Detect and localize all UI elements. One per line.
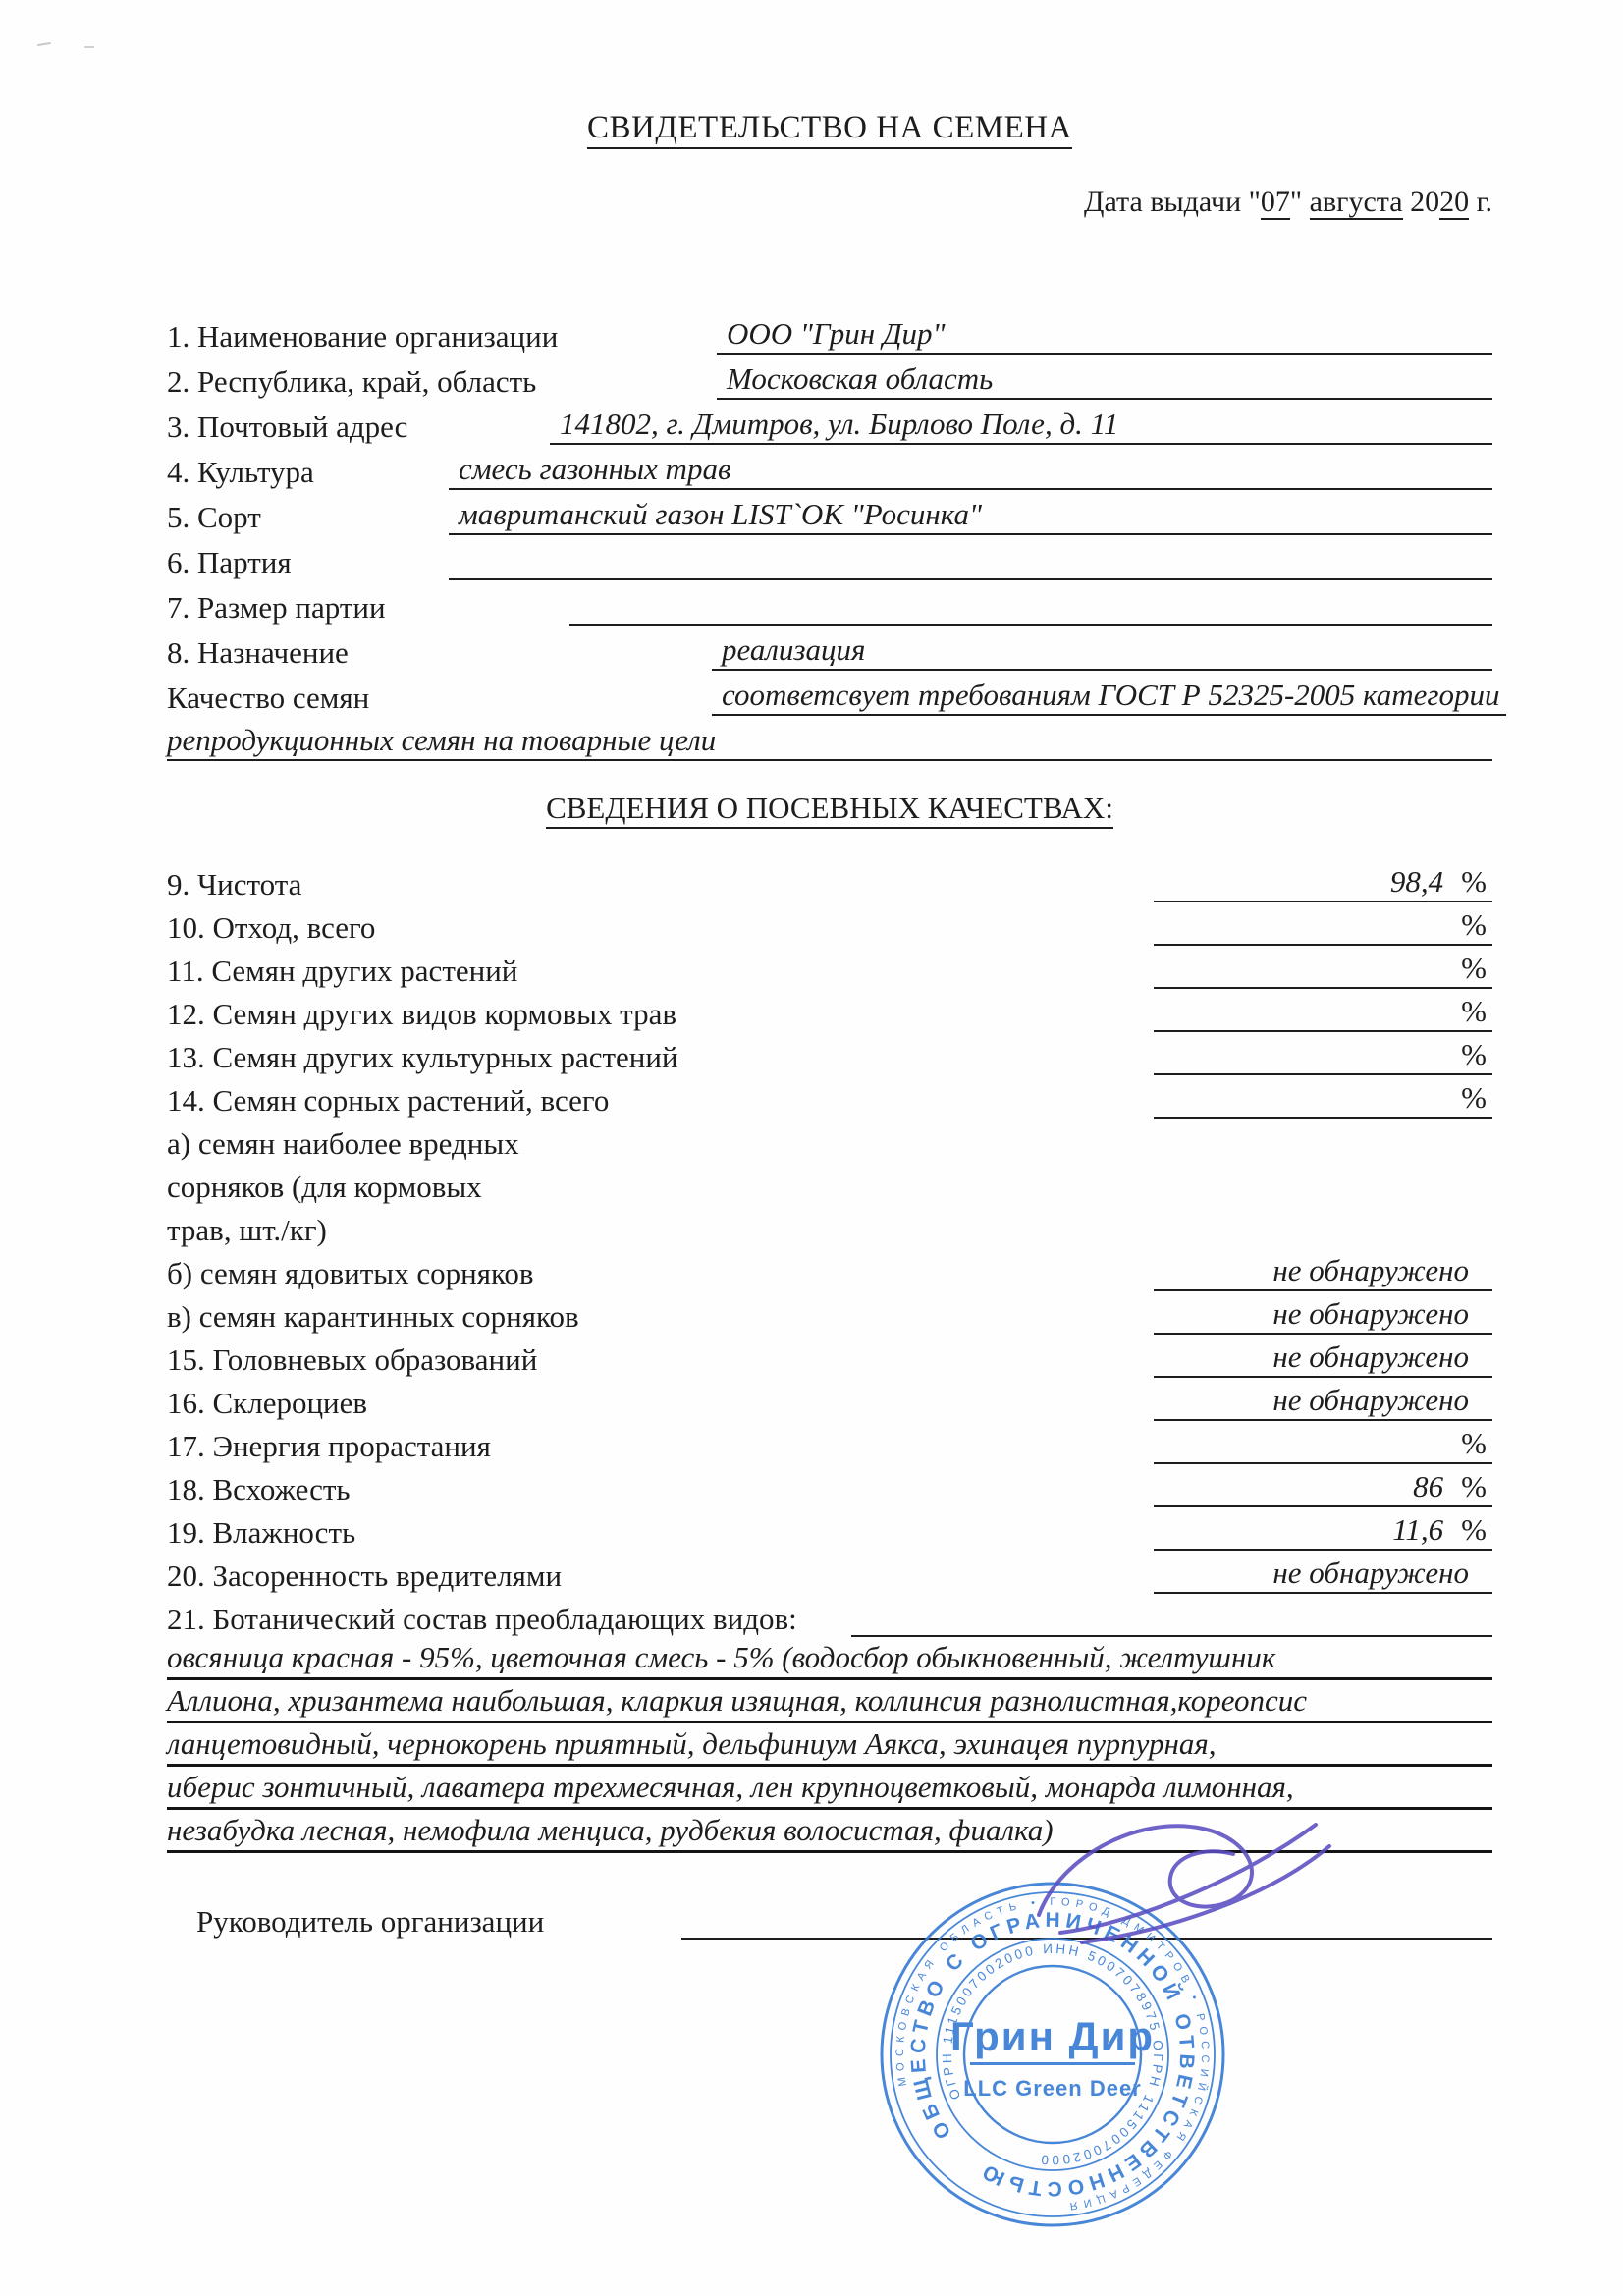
field-value-line: % — [1154, 1080, 1492, 1119]
quality-row-smut: 15. Головневых образований не обнаружено — [167, 1335, 1492, 1378]
percent-sign: % — [1461, 951, 1487, 986]
field-value: реализация — [722, 632, 865, 668]
field-row-region: 2. Республика, край, область Московская … — [167, 355, 1492, 400]
field-value-line: смесь газонных трав — [449, 452, 1492, 490]
field-value-line: 98,4% — [1154, 864, 1492, 902]
botanical-text-line: овсяница красная - 95%, цветочная смесь … — [167, 1637, 1492, 1680]
field-value: 86 — [1413, 1469, 1443, 1504]
field-value-line: 141802, г. Дмитров, ул. Бирлово Поле, д.… — [550, 407, 1492, 445]
field-row-variety: 5. Сорт мавританский газон LIST`OK "Роси… — [167, 490, 1492, 535]
quality-row-germination: 18. Всхожесть 86% — [167, 1464, 1492, 1507]
scan-artifact — [84, 46, 94, 48]
field-value: Московская область — [727, 361, 993, 397]
field-value: репродукционных семян на товарные цели — [167, 723, 716, 758]
field-value-line: % — [1154, 1037, 1492, 1075]
percent-sign: % — [1461, 1037, 1487, 1072]
field-row-organization: 1. Наименование организации ООО "Грин Ди… — [167, 309, 1492, 355]
stamp-company-name: Грин Дир — [950, 2013, 1155, 2059]
field-row-seed-quality-continued: репродукционных семян на товарные цели — [167, 716, 1492, 761]
stamp-divider — [970, 2062, 1135, 2065]
field-label: 11. Семян других растений — [167, 954, 517, 989]
field-value: не обнаружено — [1272, 1556, 1469, 1591]
field-label: 21. Ботанический состав преобладающих ви… — [167, 1602, 797, 1637]
field-value-line: мавританский газон LIST`OK "Росинка" — [449, 497, 1492, 535]
signature — [1021, 1805, 1355, 1982]
field-value: соответсвует требованиям ГОСТ Р 52325-20… — [722, 678, 1500, 713]
quality-row-quarantine-weeds: в) семян карантинных сорняков не обнаруж… — [167, 1291, 1492, 1335]
quality-row-harmful-weeds-c: трав, шт./кг) — [167, 1205, 1492, 1248]
field-value: мавританский газон LIST`OK "Росинка" — [459, 497, 982, 532]
percent-sign: % — [1461, 1469, 1487, 1504]
field-label: 8. Назначение — [167, 635, 712, 671]
field-value-line: реализация — [712, 632, 1492, 671]
field-label: б) семян ядовитых сорняков — [167, 1256, 534, 1291]
scan-artifact — [37, 42, 51, 46]
issue-date: Дата выдачи "07" августа 2020 г. — [167, 186, 1492, 219]
stamp-company-name-en: LLC Green Deer — [963, 2076, 1142, 2101]
field-label: 17. Энергия прорастания — [167, 1429, 491, 1464]
document-page: СВИДЕТЕЛЬСТВО НА СЕМЕНА Дата выдачи "07"… — [0, 0, 1623, 2296]
field-label: 10. Отход, всего — [167, 910, 375, 946]
percent-sign: % — [1461, 1512, 1487, 1548]
quality-row-harmful-weeds-a: а) семян наиболее вредных — [167, 1119, 1492, 1162]
field-value-line — [569, 623, 1492, 626]
field-value-line: % — [1154, 951, 1492, 989]
field-value: смесь газонных трав — [459, 452, 730, 487]
field-label: а) семян наиболее вредных — [167, 1126, 519, 1162]
percent-sign: % — [1461, 1080, 1487, 1116]
quality-row-poisonous-weeds: б) семян ядовитых сорняков не обнаружено — [167, 1248, 1492, 1291]
org-fields: 1. Наименование организации ООО "Грин Ди… — [167, 309, 1492, 761]
field-value: ООО "Грин Дир" — [727, 316, 946, 352]
field-label: 7. Размер партии — [167, 590, 569, 626]
quality-row-other-seeds: 11. Семян других растений % — [167, 946, 1492, 989]
quality-row-waste: 10. Отход, всего % — [167, 902, 1492, 946]
botanical-text-line: Аллиона, хризантема наибольшая, кларкия … — [167, 1680, 1492, 1723]
field-label: 5. Сорт — [167, 500, 449, 535]
field-value-line: % — [1154, 907, 1492, 946]
quality-row-sclerotia: 16. Склероциев не обнаружено — [167, 1378, 1492, 1421]
field-row-batch-size: 7. Размер партии — [167, 580, 1492, 626]
field-value: 141802, г. Дмитров, ул. Бирлово Поле, д.… — [560, 407, 1118, 442]
field-value-line: Московская область — [717, 361, 1492, 400]
field-value-line: не обнаружено — [1154, 1339, 1492, 1378]
field-value: не обнаружено — [1272, 1339, 1469, 1375]
signer-label: Руководитель организации — [196, 1904, 544, 1940]
field-value-line — [851, 1635, 1492, 1637]
field-label: 13. Семян других культурных растений — [167, 1040, 678, 1075]
quality-row-weed-seeds: 14. Семян сорных растений, всего % — [167, 1075, 1492, 1119]
percent-sign: % — [1461, 907, 1487, 943]
field-label: 6. Партия — [167, 545, 449, 580]
issue-month: августа — [1310, 186, 1403, 220]
field-value-line: % — [1154, 994, 1492, 1032]
field-label: сорняков (для кормовых — [167, 1170, 482, 1205]
field-row-purpose: 8. Назначение реализация — [167, 626, 1492, 671]
field-row-culture: 4. Культура смесь газонных трав — [167, 445, 1492, 490]
field-label: 12. Семян других видов кормовых трав — [167, 997, 676, 1032]
percent-sign: % — [1461, 864, 1487, 900]
field-label: Качество семян — [167, 681, 712, 716]
field-value-line: не обнаружено — [1154, 1383, 1492, 1421]
quality-row-forage-seeds: 12. Семян других видов кормовых трав % — [167, 989, 1492, 1032]
field-value: не обнаружено — [1272, 1383, 1469, 1418]
field-label: трав, шт./кг) — [167, 1213, 327, 1248]
field-value: 98,4 — [1390, 864, 1443, 900]
field-label: 18. Всхожесть — [167, 1472, 351, 1507]
field-value: не обнаружено — [1272, 1296, 1469, 1332]
field-value-line: не обнаружено — [1154, 1253, 1492, 1291]
field-value-line: не обнаружено — [1154, 1296, 1492, 1335]
field-label: 1. Наименование организации — [167, 319, 717, 355]
field-value: не обнаружено — [1272, 1253, 1469, 1288]
field-label: в) семян карантинных сорняков — [167, 1299, 579, 1335]
section-title: СВЕДЕНИЯ О ПОСЕВНЫХ КАЧЕСТВАХ: — [167, 791, 1492, 832]
document-title: СВИДЕТЕЛЬСТВО НА СЕМЕНА — [167, 110, 1492, 146]
percent-sign: % — [1461, 994, 1487, 1029]
field-row-batch: 6. Партия — [167, 535, 1492, 580]
field-row-seed-quality: Качество семян соответсвует требованиям … — [167, 671, 1492, 716]
percent-sign: % — [1461, 1426, 1487, 1461]
field-value-line — [449, 577, 1492, 580]
quality-row-purity: 9. Чистота 98,4% — [167, 859, 1492, 902]
quality-table: 9. Чистота 98,4% 10. Отход, всего % 11. … — [167, 859, 1492, 1594]
field-value-line: ООО "Грин Дир" — [717, 316, 1492, 355]
field-value-line: репродукционных семян на товарные цели — [167, 723, 1492, 761]
quality-row-cultural-seeds: 13. Семян других культурных растений % — [167, 1032, 1492, 1075]
field-label: 20. Засоренность вредителями — [167, 1558, 562, 1594]
quality-row-germination-energy: 17. Энергия прорастания % — [167, 1421, 1492, 1464]
field-label: 9. Чистота — [167, 867, 301, 902]
field-value-line: не обнаружено — [1154, 1556, 1492, 1594]
field-label: 2. Республика, край, область — [167, 364, 717, 400]
field-label: 16. Склероциев — [167, 1386, 367, 1421]
field-label: 14. Семян сорных растений, всего — [167, 1083, 609, 1119]
field-value-line: % — [1154, 1426, 1492, 1464]
botanical-label-row: 21. Ботанический состав преобладающих ви… — [167, 1594, 1492, 1637]
field-label: 4. Культура — [167, 455, 449, 490]
issue-year: 20 — [1439, 186, 1469, 220]
quality-row-pest-infestation: 20. Засоренность вредителями не обнаруже… — [167, 1551, 1492, 1594]
field-value-line: 86% — [1154, 1469, 1492, 1507]
botanical-text-line: иберис зонтичный, лаватера трехмесячная,… — [167, 1767, 1492, 1810]
field-label: 3. Почтовый адрес — [167, 410, 550, 445]
field-row-address: 3. Почтовый адрес 141802, г. Дмитров, ул… — [167, 400, 1492, 445]
field-value: 11,6 — [1392, 1512, 1443, 1548]
field-label: 19. Влажность — [167, 1515, 355, 1551]
field-value-line: 11,6% — [1154, 1512, 1492, 1551]
quality-row-moisture: 19. Влажность 11,6% — [167, 1507, 1492, 1551]
quality-row-harmful-weeds-b: сорняков (для кормовых — [167, 1162, 1492, 1205]
field-value-line: соответсвует требованиям ГОСТ Р 52325-20… — [712, 678, 1506, 716]
field-label: 15. Головневых образований — [167, 1342, 537, 1378]
botanical-text-line: ланцетовидный, чернокорень приятный, дел… — [167, 1723, 1492, 1767]
issue-day: 07 — [1261, 186, 1290, 220]
